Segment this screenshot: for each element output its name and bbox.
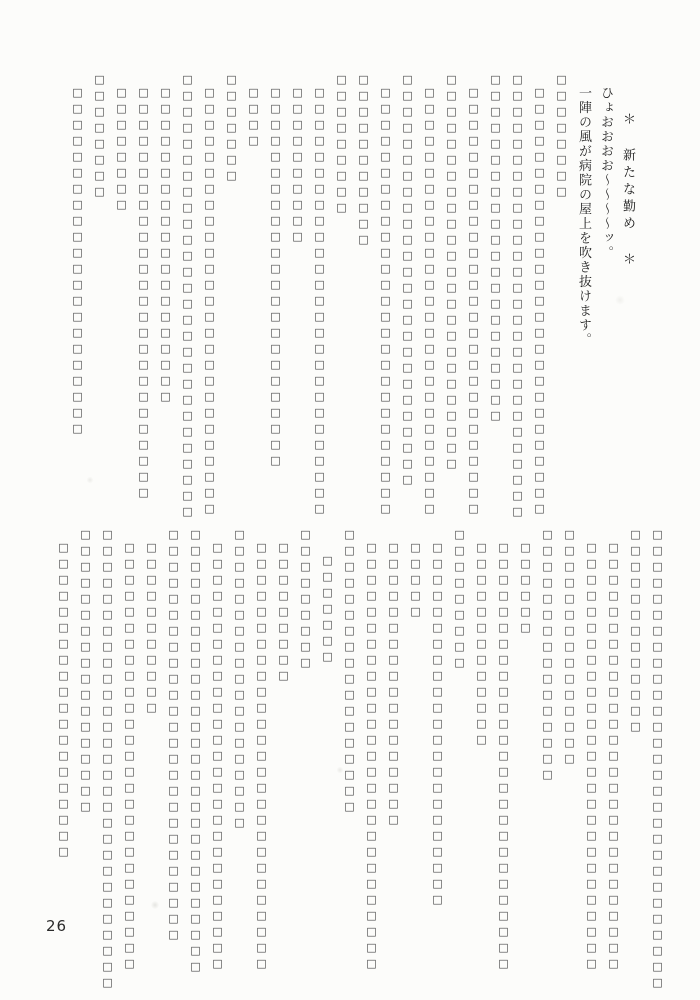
redacted-text-column: □□□□□□□ xyxy=(316,528,338,928)
redacted-text-column: □□□□□ xyxy=(404,528,426,928)
redacted-text-column: □□□□□□ xyxy=(514,528,536,928)
redacted-text-column: □□□□□□□□□□□□□□□□□□□□□□□□□□□ xyxy=(528,73,550,477)
redacted-text-column: □□□□□□□□ xyxy=(110,73,132,477)
redacted-text-column: □□□□□□□□□□□□□□□□□□ xyxy=(74,528,96,928)
redacted-text-column: □□□□□□□□□□□ xyxy=(352,73,374,477)
redacted-text-column: □□□□□□□□□ xyxy=(294,528,316,928)
redacted-text-column: □□□□□□□□□□□□□□□□□□□□□□□□□□□□ xyxy=(506,73,528,477)
redacted-text-column: □□□□□□□ xyxy=(220,73,242,477)
redacted-text-column: □□□□□□□□□□□□□□□□□□□□□□□□□□□ xyxy=(602,528,624,928)
redacted-text-column: □□□□□□□□□□ xyxy=(286,73,308,477)
redacted-text-column: □□□□□□□□ xyxy=(88,73,110,477)
redacted-text-column: □□□□□□□□□□□□□□□□□□□□□□ xyxy=(484,73,506,477)
redacted-text-column: □□□□□□□□□□□□□□□□□□□□□□□□□□□ xyxy=(206,528,228,928)
redacted-text-column: □□□□□□□□□□□□□□□□□□□□□□□□□□□□ xyxy=(176,73,198,477)
redacted-text-column: □□□□□□□□□□□□□□□□□□□□□□□□ xyxy=(264,73,286,477)
redacted-text-column: □□□□□□□□□ xyxy=(448,528,470,928)
redacted-text-column: □□□□□□□□□□□□□□□□□□□□□□□□□□□ xyxy=(118,528,140,928)
redacted-text-column: □□□□□□□□□ xyxy=(272,528,294,928)
redacted-text-column: □□□□ xyxy=(242,73,264,477)
redacted-text-column: □□□□□□□□□□□□□□□□□□□□□□□□□□ xyxy=(162,528,184,928)
redacted-text-column: □□□□□□□□□□□□□□□□□□□□ xyxy=(154,73,176,477)
redacted-text-column: □□□□□□□□□□□□□□□□□□□□□□□□□□□ xyxy=(580,528,602,928)
text-column: 一陣の風が病院の屋上を吹き抜けます。 xyxy=(572,73,594,477)
redacted-text-column: □□□□□□□□□□□□□□□□□□□□□□□□□□□ xyxy=(492,528,514,928)
redacted-text-column: □□□□□□□□□□□□□□□□□□ xyxy=(338,528,360,928)
redacted-text-column: □□□□□□□□□□□□□□□□□□□□ xyxy=(52,528,74,928)
redacted-text-column: □□□□□□□□□□□□□□□□□□□□□□ xyxy=(66,73,88,477)
redacted-text-column: □□□□□□□□□□□□□□□□ xyxy=(536,528,558,928)
redacted-text-column: □□□□□□□□□□□□□□□□□□□□□□□□□□□□□ xyxy=(96,528,118,928)
redacted-text-column: □□□□□□□□□□□□□ xyxy=(624,528,646,928)
redacted-text-column: □□□□□□□□□□□□□□□□□□□□□□□□□□□□ xyxy=(184,528,206,928)
upper-text-block: ＊ 新たな勤め ＊ひょおおおお〜〜〜〜ッ。一陣の風が病院の屋上を吹き抜けます。□… xyxy=(66,73,638,477)
redacted-text-column: □□□□□□□□□□□ xyxy=(140,528,162,928)
text-column: ひょおおおお〜〜〜〜ッ。 xyxy=(594,73,616,477)
redacted-text-column: □□□□□□□□□□□□□□□□□□□□□□□□□□□ xyxy=(250,528,272,928)
redacted-text-column: □□□□□□□□□□□□□□□□□□□□□□□□□□□ xyxy=(198,73,220,477)
redacted-text-column: □□□□□□□□□□□□□□□□□□□□□□□□□□□ xyxy=(360,528,382,928)
redacted-text-column: □□□□□□□□□□□□□□□□□□□□□□□□□□□ xyxy=(418,73,440,477)
redacted-text-column: □□□□□□□□□□□□□□□□□□□□□□□□□□ xyxy=(396,73,418,477)
redacted-text-column: □□□□□□□□□□□□□□□ xyxy=(558,528,580,928)
redacted-text-column: □□□□□□□□□□□□□ xyxy=(470,528,492,928)
redacted-text-column: □□□□□□□□□□□□□□□□□□ xyxy=(382,528,404,928)
redacted-text-column: □□□□□□□□□□□□□□□□□□□□□□□□□□□ xyxy=(462,73,484,477)
redacted-text-column: □□□□□□□□□□□□□□□□□□□□□□□□□□□□□ xyxy=(646,528,668,928)
page-number: 26 xyxy=(46,917,67,935)
redacted-text-column: □□□□□□□□□□□□□□□□□□□□□□□□□□□ xyxy=(308,73,330,477)
redacted-text-column: □□□□□□□□ xyxy=(550,73,572,477)
lower-text-block: □□□□□□□□□□□□□□□□□□□□□□□□□□□□□□□□□□□□□□□□… xyxy=(52,528,668,928)
redacted-text-column: □□□□□□□□□□□□□□□□□□□□□□□ xyxy=(426,528,448,928)
redacted-text-column: □□□□□□□□□□□□□□□□□□□ xyxy=(228,528,250,928)
scanned-page: ＊ 新たな勤め ＊ひょおおおお〜〜〜〜ッ。一陣の風が病院の屋上を吹き抜けます。□… xyxy=(0,0,700,1000)
redacted-text-column: □□□□□□□□□□□□□□□□□□□□□□□□□ xyxy=(440,73,462,477)
redacted-text-column: □□□□□□□□□ xyxy=(330,73,352,477)
redacted-text-column: □□□□□□□□□□□□□□□□□□□□□□□□□□□ xyxy=(374,73,396,477)
story-title: ＊ 新たな勤め ＊ xyxy=(616,73,638,477)
redacted-text-column: □□□□□□□□□□□□□□□□□□□□□□□□□□ xyxy=(132,73,154,477)
